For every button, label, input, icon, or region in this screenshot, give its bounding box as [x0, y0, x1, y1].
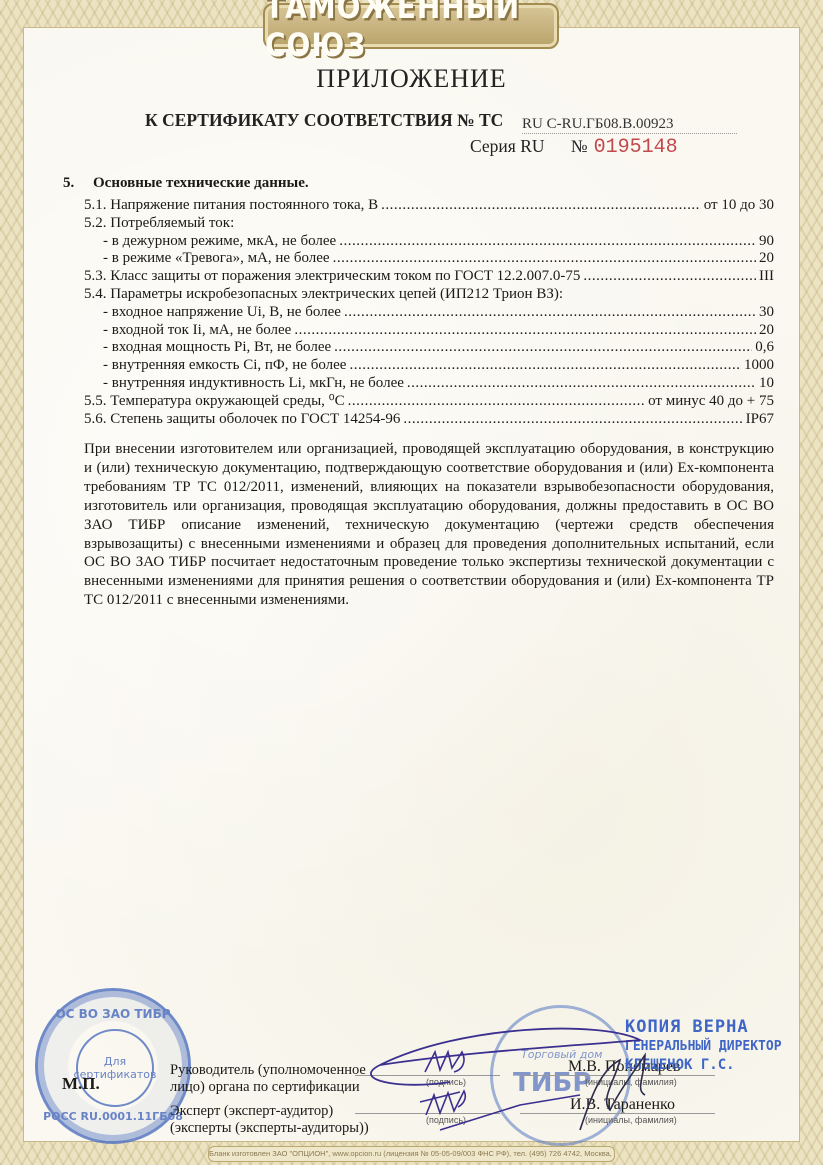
series-line: Серия RU №0195148 [470, 136, 678, 159]
expert-label-line-1: Эксперт (эксперт-аудитор) [170, 1103, 369, 1120]
head-name-caption: (инициалы, фамилия) [585, 1077, 677, 1087]
spec-label: - в дежурном режиме, мкА, не более [103, 233, 336, 251]
spec-label: - входное напряжение Ui, В, не более [103, 304, 341, 322]
spec-value: 90 [759, 233, 774, 251]
section-number: 5. [63, 175, 93, 192]
spec-row: - входное напряжение Ui, В, не более30 [84, 304, 774, 322]
spec-label: - входная мощность Pi, Вт, не более [103, 339, 331, 357]
expert-name: И.В. Тараненко [570, 1096, 675, 1114]
spec-row: 5.1. Напряжение питания постоянного тока… [84, 197, 774, 215]
spec-label: - входной ток Ii, мА, не более [103, 322, 291, 340]
spec-label: 5.4. Параметры искробезопасных электриче… [84, 286, 563, 304]
head-signature-line [355, 1075, 500, 1076]
spec-value: 10 [759, 375, 774, 393]
leader-dots [334, 339, 752, 357]
seal-stamp: ОС ВО ЗАО ТИБР Для сертификатов РОСС RU.… [35, 988, 191, 1144]
spec-value: IP67 [746, 411, 774, 429]
seal-bottom-text: РОСС RU.0001.11ГБ08 [38, 1110, 188, 1123]
seal-top-text: ОС ВО ЗАО ТИБР [38, 1007, 188, 1021]
seal-inner-text-1: Для [104, 1055, 126, 1068]
spec-value: III [759, 268, 774, 286]
certificate-label: К СЕРТИФИКАТУ СООТВЕТСТВИЯ № ТС [145, 110, 503, 131]
spec-row: - в дежурном режиме, мкА, не более90 [84, 233, 774, 251]
spec-row: 5.5. Температура окружающей среды, ⁰Сот … [84, 393, 774, 411]
leader-dots [583, 268, 756, 286]
spec-label: - внутренняя индуктивность Li, мкГн, не … [103, 375, 404, 393]
spec-label: 5.3. Класс защиты от поражения электриче… [84, 268, 580, 286]
spec-value: от минус 40 до + 75 [648, 393, 774, 411]
form-footer: Бланк изготовлен ЗАО "ОПЦИОН", www.opcio… [208, 1146, 615, 1162]
spec-label: 5.1. Напряжение питания постоянного тока… [84, 197, 378, 215]
leader-dots [407, 375, 756, 393]
expert-signature-caption: (подпись) [426, 1115, 466, 1125]
head-label-line-1: Руководитель (уполномоченное [170, 1062, 366, 1079]
spec-value: 0,6 [755, 339, 774, 357]
seal-center: Для сертификатов [76, 1029, 154, 1107]
spec-label: 5.2. Потребляемый ток: [84, 215, 234, 233]
spec-row: 5.2. Потребляемый ток: [84, 215, 774, 233]
spec-row: - в режиме «Тревога», мА, не более20 [84, 250, 774, 268]
spec-value: 30 [759, 304, 774, 322]
section-heading: 5.Основные технические данные. [63, 175, 309, 192]
leader-dots [381, 197, 701, 215]
series-label: Серия RU [470, 136, 545, 156]
customs-union-banner: ТАМОЖЕННЫЙ СОЮЗ [263, 3, 559, 49]
copy-stamp-line-2: ГЕНЕРАЛЬНЫЙ ДИРЕКТОР [625, 1037, 782, 1056]
spec-row: - внутренняя индуктивность Li, мкГн, не … [84, 375, 774, 393]
spec-row: 5.6. Степень защиты оболочек по ГОСТ 142… [84, 411, 774, 429]
spec-value: 1000 [744, 357, 774, 375]
spec-label: 5.6. Степень защиты оболочек по ГОСТ 142… [84, 411, 400, 429]
series-no-label: № [571, 136, 588, 156]
copy-stamp-line-1: КОПИЯ ВЕРНА [625, 1018, 782, 1037]
leader-dots [333, 250, 756, 268]
customs-union-title: ТАМОЖЕННЫЙ СОЮЗ [265, 0, 557, 64]
expert-label: Эксперт (эксперт-аудитор) (эксперты (экс… [170, 1103, 369, 1137]
leader-dots [349, 357, 741, 375]
spec-value: 20 [759, 322, 774, 340]
expert-signature-line [355, 1113, 500, 1114]
specs-list: 5.1. Напряжение питания постоянного тока… [84, 197, 774, 428]
expert-name-caption: (инициалы, фамилия) [585, 1115, 677, 1125]
page-title: ПРИЛОЖЕНИЕ [0, 64, 823, 94]
spec-label: - в режиме «Тревога», мА, не более [103, 250, 330, 268]
spec-label: - внутренняя емкость Ci, пФ, не более [103, 357, 346, 375]
copy-stamp-line-3: КЛЕЩЕНОК Г.С. [625, 1056, 782, 1075]
spec-label: 5.5. Температура окружающей среды, ⁰С [84, 393, 345, 411]
spec-row: - внутренняя емкость Ci, пФ, не более100… [84, 357, 774, 375]
leader-dots [294, 322, 756, 340]
seal-place-label: М.П. [62, 1074, 100, 1094]
spec-row: 5.4. Параметры искробезопасных электриче… [84, 286, 774, 304]
leader-dots [344, 304, 756, 322]
certificate-number: RU C-RU.ГБ08.В.00923 [522, 116, 737, 134]
spec-row: - входная мощность Pi, Вт, не более0,6 [84, 339, 774, 357]
certified-copy-stamp: КОПИЯ ВЕРНА ГЕНЕРАЛЬНЫЙ ДИРЕКТОР КЛЕЩЕНО… [625, 1018, 782, 1075]
spec-row: - входной ток Ii, мА, не более20 [84, 322, 774, 340]
leader-dots [339, 233, 756, 251]
leader-dots [348, 393, 645, 411]
series-number: 0195148 [594, 136, 678, 159]
expert-label-line-2: (эксперты (эксперты-аудиторы)) [170, 1120, 369, 1137]
spec-row: 5.3. Класс защиты от поражения электриче… [84, 268, 774, 286]
changes-paragraph: При внесении изготовителем или организац… [84, 440, 774, 610]
head-signature-caption: (подпись) [426, 1077, 466, 1087]
spec-value: 20 [759, 250, 774, 268]
leader-dots [403, 411, 742, 429]
section-title: Основные технические данные. [93, 175, 309, 191]
head-label: Руководитель (уполномоченное лицо) орган… [170, 1062, 366, 1096]
head-label-line-2: лицо) органа по сертификации [170, 1079, 366, 1096]
spec-value: от 10 до 30 [704, 197, 774, 215]
